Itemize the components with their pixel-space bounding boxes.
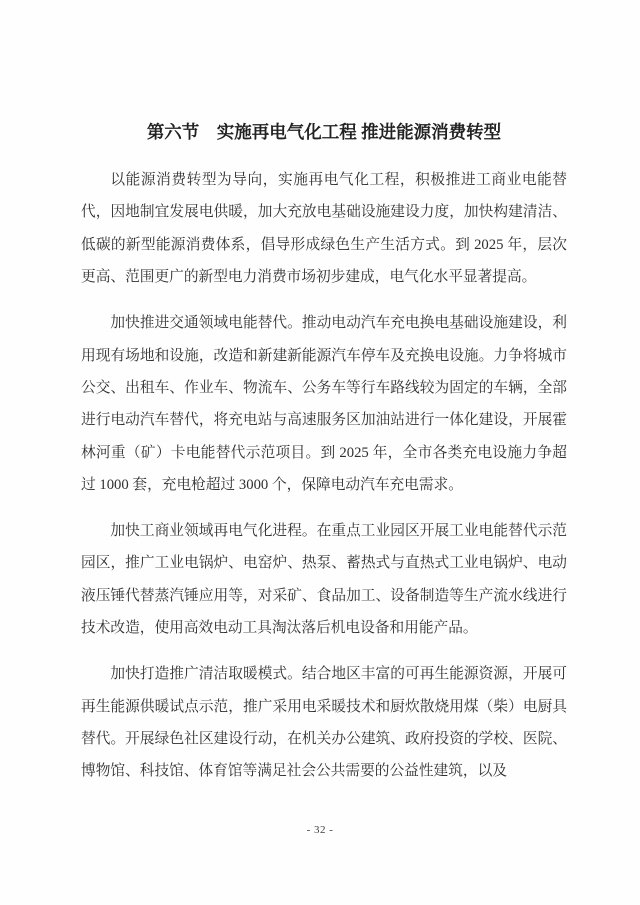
paragraph-energy-consumption-transition: 以能源消费转型为导向，实施再电气化工程，积极推进工商业电能替代，因地制宜发展电供… xyxy=(81,164,567,294)
paragraph-clean-heating: 加快打造推广清洁取暖模式。结合地区丰富的可再生能源资源，开展可再生能源供暖试点示… xyxy=(81,658,567,788)
page-number: - 32 - xyxy=(0,822,640,838)
section-title: 第六节 实施再电气化工程 推进能源消费转型 xyxy=(81,120,567,145)
paragraph-transport-electrification: 加快推进交通领域电能替代。推动电动汽车充电换电基础设施建设，利用现有场地和设施，… xyxy=(81,307,567,501)
document-page: 第六节 实施再电气化工程 推进能源消费转型 以能源消费转型为导向，实施再电气化工… xyxy=(0,0,640,905)
paragraph-industrial-electrification: 加快工商业领域再电气化进程。在重点工业园区开展工业电能替代示范园区，推广工业电锅… xyxy=(81,515,567,645)
document-content: 第六节 实施再电气化工程 推进能源消费转型 以能源消费转型为导向，实施再电气化工… xyxy=(81,120,567,788)
